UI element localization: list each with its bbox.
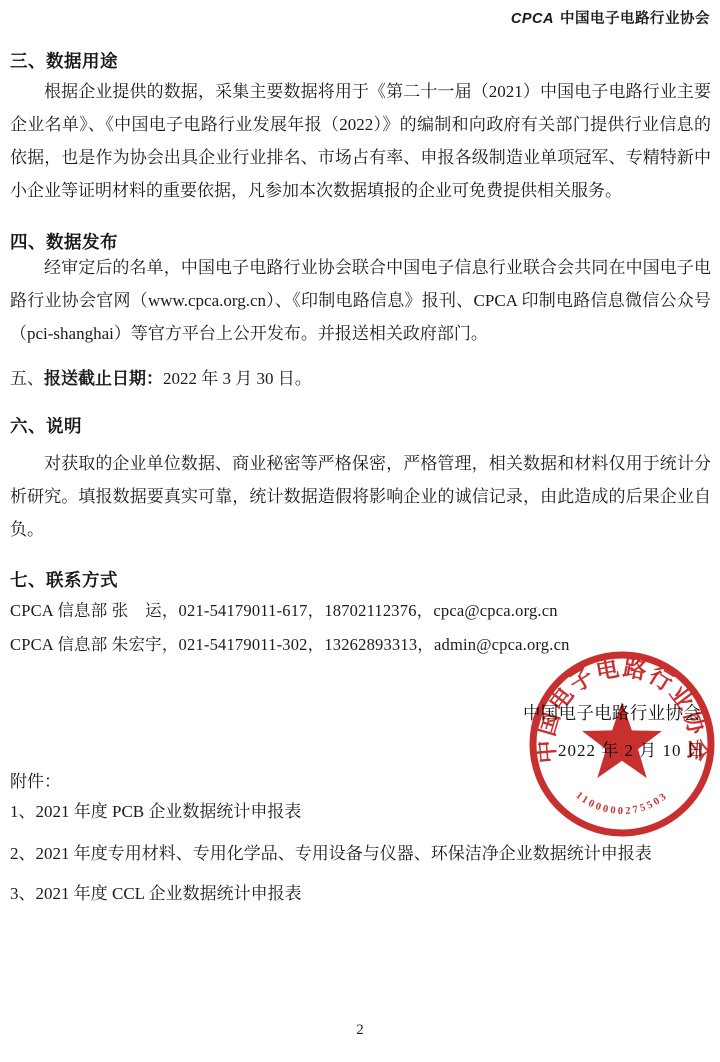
document-page: CPCA中国电子电路行业协会 三、数据用途 根据企业提供的数据，采集主要数据将用…	[0, 0, 720, 1062]
letterhead-org-name: 中国电子电路行业协会	[560, 11, 710, 27]
section-6-body: 对获取的企业单位数据、商业秘密等严格保密，严格管理，相关数据和材料仅用于统计分析…	[10, 447, 711, 546]
section-3-body: 根据企业提供的数据，采集主要数据将用于《第二十一届（2021）中国电子电路行业主…	[10, 75, 711, 207]
attachment-item-pcb: 1、2021 年度 PCB 企业数据统计申报表	[10, 797, 301, 822]
section-7-title: 七、联系方式	[10, 567, 118, 592]
section-6-title: 六、说明	[10, 413, 82, 438]
svg-text:1100000275503: 1100000275503	[573, 790, 670, 817]
deadline-label: 报送截止日期：	[44, 369, 163, 388]
deadline-date: 2022 年 3 月 30 日。	[163, 369, 312, 388]
attachment-item-materials: 2、2021 年度专用材料、专用化学品、专用设备与仪器、环保洁净企业数据统计申报…	[10, 839, 652, 864]
cpca-logo-text: CPCA	[511, 11, 554, 27]
section-4-body: 经审定后的名单，中国电子电路行业协会联合中国电子信息行业联合会共同在中国电子电路…	[10, 251, 711, 350]
page-number: 2	[0, 1022, 720, 1039]
section-5-number: 五、	[10, 369, 44, 388]
official-seal: 中国电子电路行业协会 1100000275503	[527, 649, 717, 839]
section-5-line: 五、报送截止日期：2022 年 3 月 30 日。	[10, 369, 312, 389]
contact-line-zhang-yun: CPCA 信息部 张 运，021-54179011-617，1870211237…	[10, 600, 558, 622]
attachment-item-ccl: 3、2021 年度 CCL 企业数据统计申报表	[10, 879, 302, 904]
seal-serial-number: 1100000275503	[573, 790, 670, 817]
seal-star-icon	[582, 702, 662, 778]
attachments-label: 附件：	[10, 767, 61, 792]
contact-line-zhu-hongyu: CPCA 信息部 朱宏宇，021-54179011-302，1326289331…	[10, 634, 570, 656]
section-3-title: 三、数据用途	[10, 48, 118, 73]
letterhead: CPCA中国电子电路行业协会	[511, 7, 710, 28]
